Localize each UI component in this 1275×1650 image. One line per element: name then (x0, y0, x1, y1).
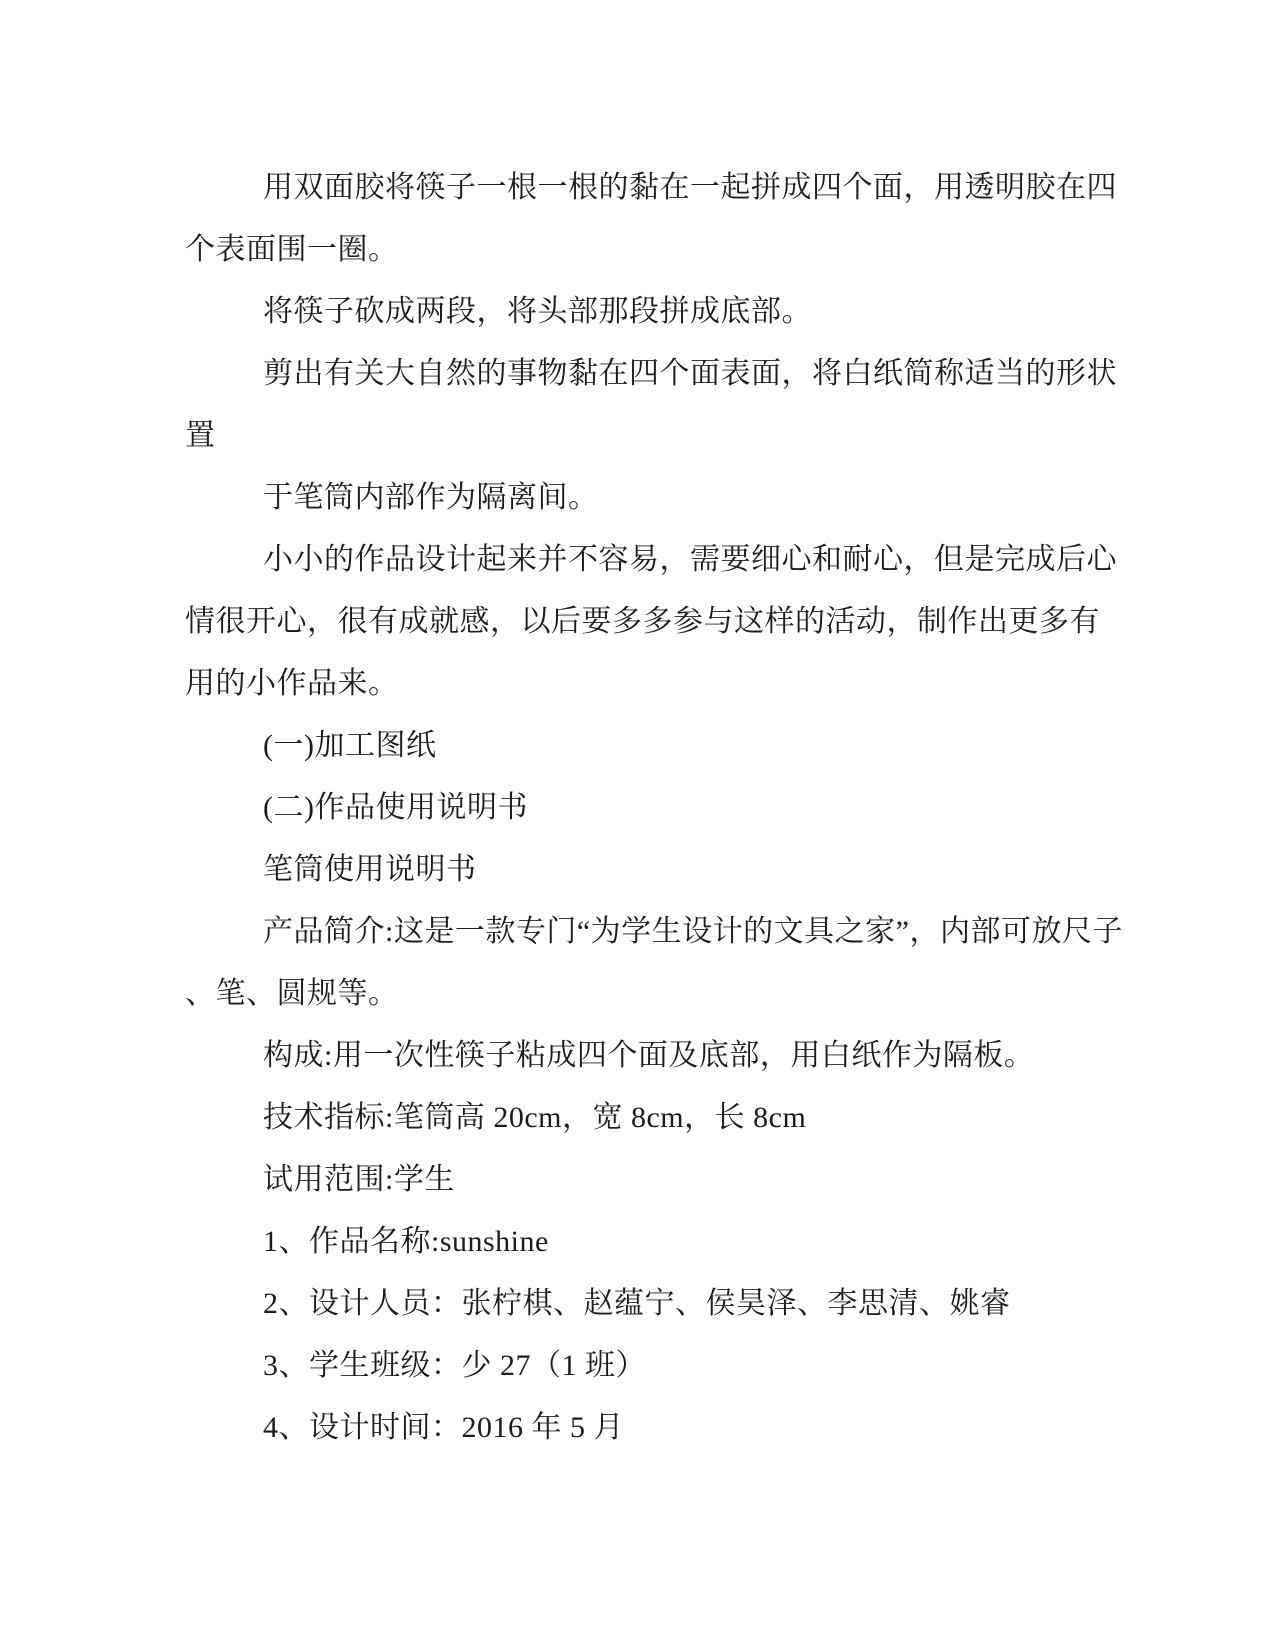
text-line: 情很开心，很有成就感，以后要多多参与这样的活动，制作出更多有 (185, 591, 1145, 653)
text-line: 用双面胶将筷子一根一根的黏在一起拼成四个面，用透明胶在四 (185, 157, 1145, 219)
text-line: 技术指标:笔筒高 20cm，宽 8cm，长 8cm (185, 1087, 1145, 1149)
document-body: 用双面胶将筷子一根一根的黏在一起拼成四个面，用透明胶在四个表面围一圈。将筷子砍成… (185, 157, 1145, 1459)
text-line: 用的小作品来。 (185, 653, 1145, 715)
text-line: 2、设计人员：张柠棋、赵蕴宁、侯昊泽、李思清、姚睿 (185, 1273, 1145, 1335)
text-line: (二)作品使用说明书 (185, 777, 1145, 839)
text-line: 1、作品名称:sunshine (185, 1211, 1145, 1273)
text-line: 剪出有关大自然的事物黏在四个面表面，将白纸简称适当的形状 (185, 343, 1145, 405)
text-line: 笔筒使用说明书 (185, 839, 1145, 901)
text-line: 于笔筒内部作为隔离间。 (185, 467, 1145, 529)
text-line: 3、学生班级：少 27（1 班） (185, 1335, 1145, 1397)
text-line: 4、设计时间：2016 年 5 月 (185, 1397, 1145, 1459)
text-line: 个表面围一圈。 (185, 219, 1145, 281)
text-line: 小小的作品设计起来并不容易，需要细心和耐心，但是完成后心 (185, 529, 1145, 591)
text-line: 、笔、圆规等。 (185, 963, 1145, 1025)
text-line: (一)加工图纸 (185, 715, 1145, 777)
text-line: 构成:用一次性筷子粘成四个面及底部，用白纸作为隔板。 (185, 1025, 1145, 1087)
text-line: 将筷子砍成两段，将头部那段拼成底部。 (185, 281, 1145, 343)
text-line: 置 (185, 405, 1145, 467)
text-line: 产品简介:这是一款专门“为学生设计的文具之家”，内部可放尺子 (185, 901, 1145, 963)
document-page: 用双面胶将筷子一根一根的黏在一起拼成四个面，用透明胶在四个表面围一圈。将筷子砍成… (0, 0, 1275, 1650)
text-line: 试用范围:学生 (185, 1149, 1145, 1211)
